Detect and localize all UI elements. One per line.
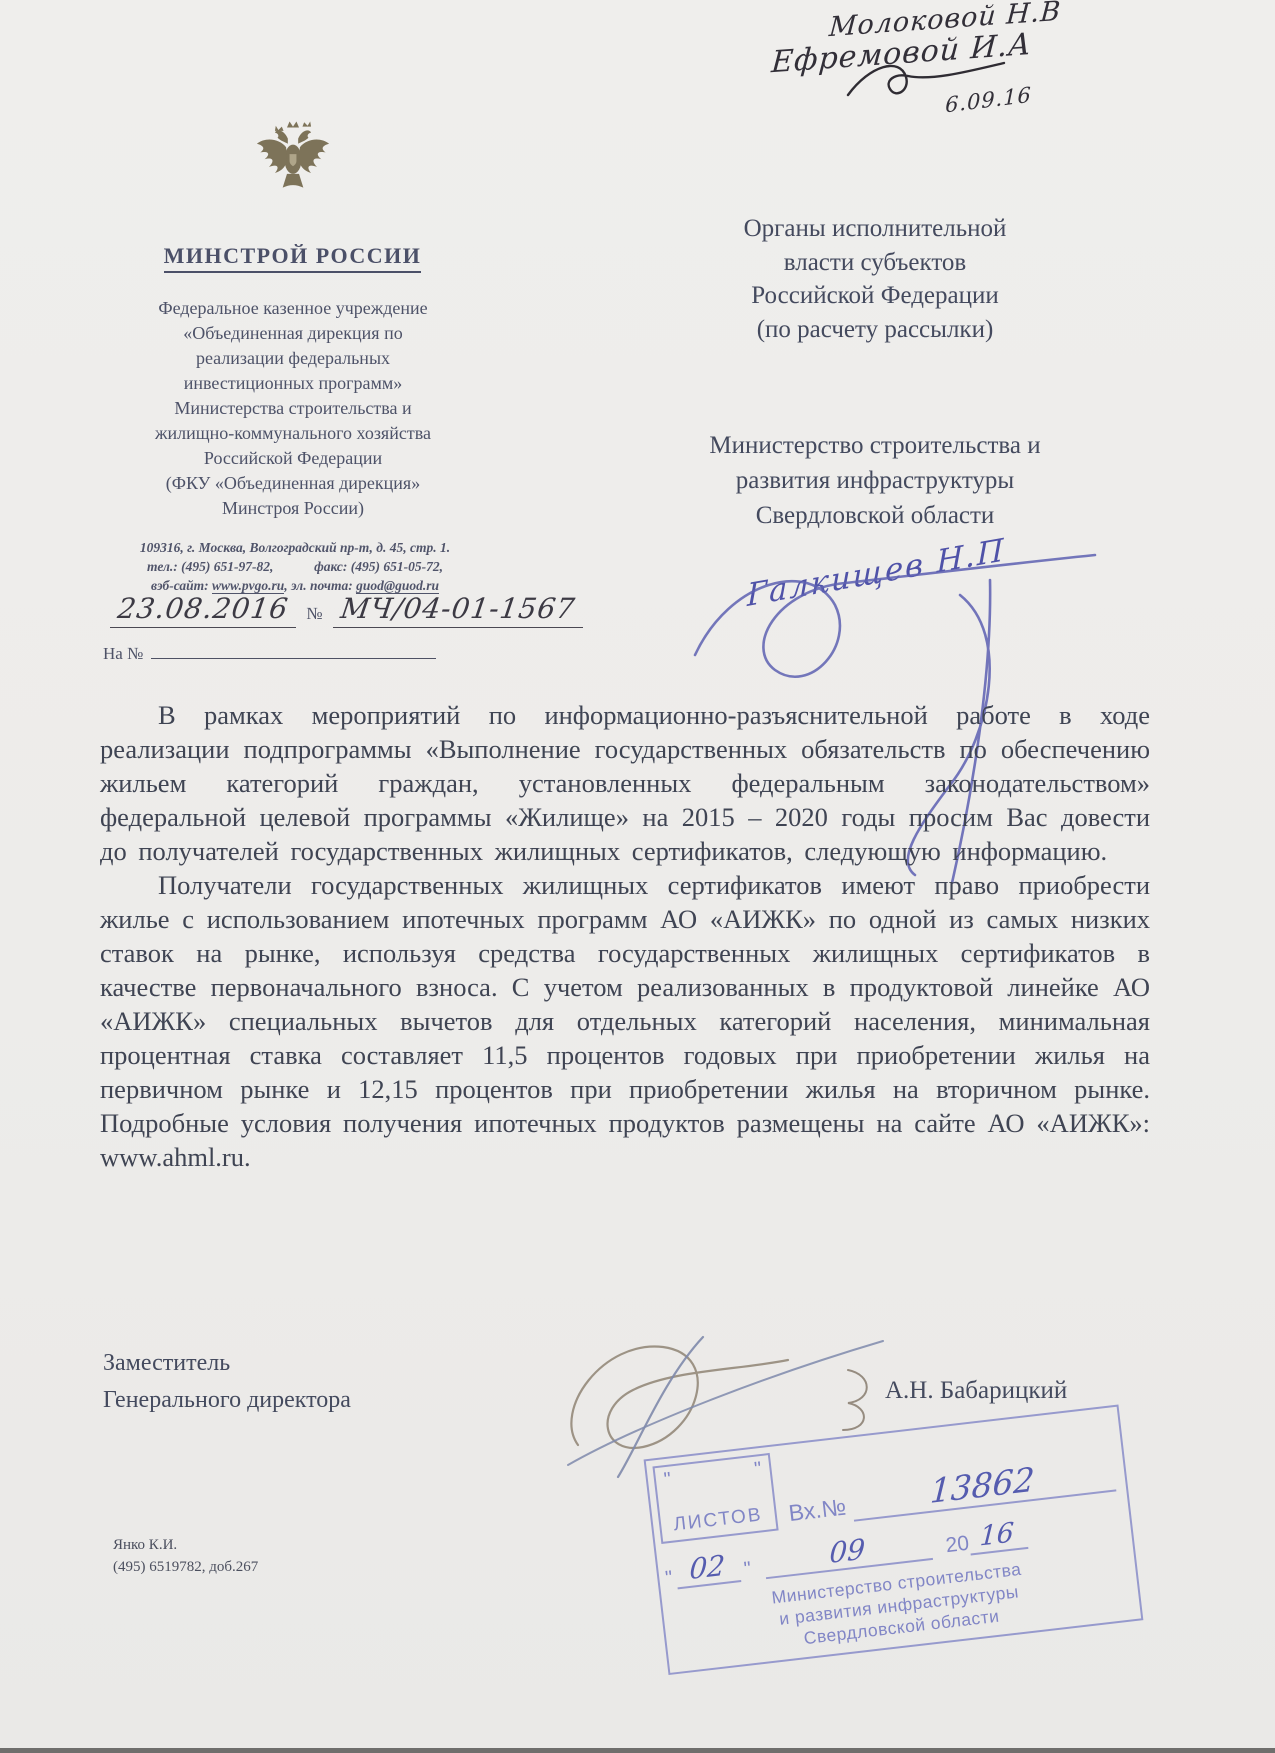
recipient-line: (по расчету рассылки) bbox=[680, 313, 1070, 347]
org-line: Минстроя России) bbox=[88, 496, 498, 521]
letter-body: В рамках мероприятий по информационно-ра… bbox=[100, 698, 1150, 1174]
signer-name-text: А.Н. Бабарицкий bbox=[885, 1377, 1067, 1404]
recipient-line: Министерство строительства и bbox=[680, 428, 1070, 463]
recipient-line: развития инфраструктуры bbox=[680, 463, 1070, 498]
stamp-sheets-quotes: " " bbox=[663, 1458, 763, 1492]
outgoing-date-number-row: 23.08.2016 № МЧ/04-01-1567 bbox=[110, 592, 583, 628]
scanned-letter-page: Молоковой Н.В Ефремовой И.А 6.09.16 МИНС… bbox=[0, 0, 1275, 1753]
website-label: вэб-сайт: bbox=[151, 578, 209, 593]
executor-info: Янко К.И. (495) 6519782, доб.267 bbox=[113, 1534, 258, 1578]
recipient-line: Российской Федерации bbox=[680, 279, 1070, 313]
executor-phone: (495) 6519782, доб.267 bbox=[113, 1556, 258, 1578]
outgoing-number: МЧ/04-01-1567 bbox=[333, 592, 583, 628]
stamp-sheets-label: ЛИСТОВ bbox=[668, 1504, 768, 1537]
org-line: жилищно-коммунального хозяйства bbox=[88, 421, 498, 446]
contact-phones: тел.: (495) 651-97-82, факс: (495) 651-0… bbox=[85, 557, 505, 576]
outgoing-date: 23.08.2016 bbox=[110, 592, 296, 628]
reply-to-row: На № bbox=[103, 644, 436, 664]
executor-name: Янко К.И. bbox=[113, 1534, 258, 1556]
body-paragraph-2: Получатели государственных жилищных серт… bbox=[100, 868, 1150, 1174]
stamp-day-text: 02 bbox=[689, 1549, 726, 1587]
recipient-block-2: Министерство строительства и развития ин… bbox=[680, 428, 1070, 533]
recipient-block-1: Органы исполнительной власти субъектов Р… bbox=[680, 212, 1070, 346]
recipient-line: Органы исполнительной bbox=[680, 212, 1070, 246]
quote-mark: " bbox=[663, 1469, 673, 1493]
org-line: Министерства строительства и bbox=[88, 396, 498, 421]
signer-position-line-2: Генерального директора bbox=[103, 1382, 351, 1419]
stamp-month-text: 09 bbox=[829, 1532, 866, 1570]
stamp-incoming-number-text: 13862 bbox=[929, 1459, 1036, 1511]
body-paragraph-1: В рамках мероприятий по информационно-ра… bbox=[100, 698, 1150, 868]
stamp-sheets-box: " " ЛИСТОВ bbox=[652, 1453, 778, 1544]
org-line: Российской Федерации bbox=[88, 446, 498, 471]
ministry-title: МИНСТРОЙ РОССИИ bbox=[95, 243, 490, 269]
signer-name: А.Н. Бабарицкий bbox=[885, 1377, 1067, 1405]
stamp-incoming-label: Вх.№ bbox=[787, 1494, 847, 1527]
org-line: Федеральное казенное учреждение bbox=[88, 296, 498, 321]
contact-block: 109316, г. Москва, Волгоградский пр-т, д… bbox=[85, 538, 505, 595]
scan-bottom-edge bbox=[0, 1748, 1275, 1753]
double-headed-eagle-emblem bbox=[250, 118, 336, 204]
signer-position-line-1: Заместитель bbox=[103, 1345, 351, 1382]
stamp-year-line: 16 bbox=[967, 1516, 1028, 1555]
org-line: (ФКУ «Объединенная дирекция» bbox=[88, 471, 498, 496]
contact-fax: факс: (495) 651-05-72, bbox=[314, 559, 443, 574]
contact-address: 109316, г. Москва, Волгоградский пр-т, д… bbox=[85, 538, 505, 557]
quote-mark: " bbox=[664, 1567, 674, 1591]
ministry-title-text: МИНСТРОЙ РОССИИ bbox=[164, 243, 422, 273]
contact-tel: тел.: (495) 651-97-82, bbox=[147, 559, 273, 574]
reply-to-blank-line bbox=[151, 644, 436, 659]
reply-to-label: На № bbox=[103, 644, 143, 663]
org-line: «Объединенная дирекция по bbox=[88, 321, 498, 346]
stamp-year-prefix: 20 bbox=[944, 1532, 970, 1559]
outgoing-date-text: 23.08.2016 bbox=[116, 592, 291, 625]
number-sign: № bbox=[306, 604, 322, 624]
stamp-day-line: 02 bbox=[674, 1547, 742, 1589]
org-name-block: Федеральное казенное учреждение «Объедин… bbox=[88, 296, 498, 521]
outgoing-number-text: МЧ/04-01-1567 bbox=[338, 592, 577, 625]
quote-mark: " bbox=[743, 1558, 753, 1582]
stamp-year-text: 16 bbox=[979, 1517, 1015, 1552]
org-line: реализации федеральных bbox=[88, 346, 498, 371]
signer-position: Заместитель Генерального директора bbox=[103, 1345, 351, 1419]
org-line: инвестиционных программ» bbox=[88, 371, 498, 396]
quote-mark: " bbox=[753, 1458, 763, 1482]
email-label: , эл. почта: bbox=[284, 578, 352, 593]
recipient-line: Свердловской области bbox=[680, 498, 1070, 533]
recipient-line: власти субъектов bbox=[680, 246, 1070, 280]
